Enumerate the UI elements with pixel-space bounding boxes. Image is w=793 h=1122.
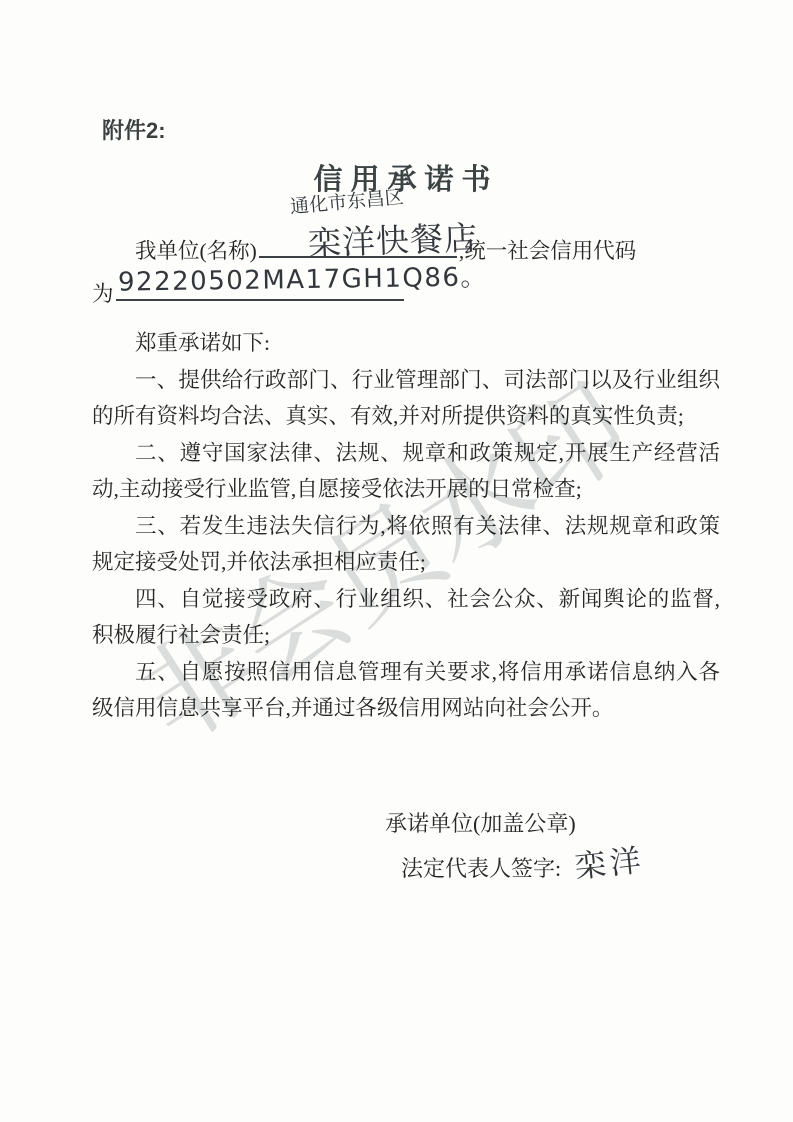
credit-code-blank: 92220502MA17GH1Q86。 xyxy=(116,271,404,301)
pledge-item-1: 一、提供给行政部门、行业管理部门、司法部门以及行业组织的所有资料均合法、真实、有… xyxy=(92,362,720,435)
pledge-item-2: 二、遵守国家法律、法规、规章和政策规定,开展生产经营活动,主动接受行业监管,自愿… xyxy=(92,435,720,508)
pledge-lead: 郑重承诺如下: xyxy=(92,325,720,362)
sign-label: 法定代表人签字: xyxy=(401,856,561,881)
document-content: 附件2: 信用承诺书 我单位(名称) 通化市东昌区 栾洋快餐店 ,统一社会信用代… xyxy=(92,116,720,890)
intro-line-2: 为 92220502MA17GH1Q86。 xyxy=(92,271,720,317)
legal-representative-line: 法定代表人签字:栾洋 xyxy=(401,845,720,890)
promise-unit-line: 承诺单位(加盖公章) xyxy=(385,803,720,845)
pledge-item-4: 四、自觉接受政府、行业组织、社会公众、新闻舆论的监督,积极履行社会责任; xyxy=(92,581,720,654)
scanned-document-page: 非会员水印 附件2: 信用承诺书 我单位(名称) 通化市东昌区 栾洋快餐店 ,统… xyxy=(0,0,793,1122)
pledge-item-3: 三、若发生违法失信行为,将依照有关法律、法规规章和政策规定接受处罚,并依法承担相… xyxy=(92,508,720,581)
code-prefix: 为 xyxy=(92,282,114,306)
credit-code-handwriting: 92220502MA17GH1Q86。 xyxy=(117,254,488,305)
signature-handwriting: 栾洋 xyxy=(573,839,647,888)
attachment-label: 附件2: xyxy=(102,116,720,146)
pledge-item-5: 五、自愿按照信用信息管理有关要求,将信用承诺信息纳入各级信用信息共享平台,并通过… xyxy=(92,654,720,727)
unit-name-blank: 通化市东昌区 栾洋快餐店 xyxy=(259,228,457,258)
signature-block: 承诺单位(加盖公章) 法定代表人签字:栾洋 xyxy=(385,803,720,890)
document-title: 信用承诺书 xyxy=(92,160,720,200)
